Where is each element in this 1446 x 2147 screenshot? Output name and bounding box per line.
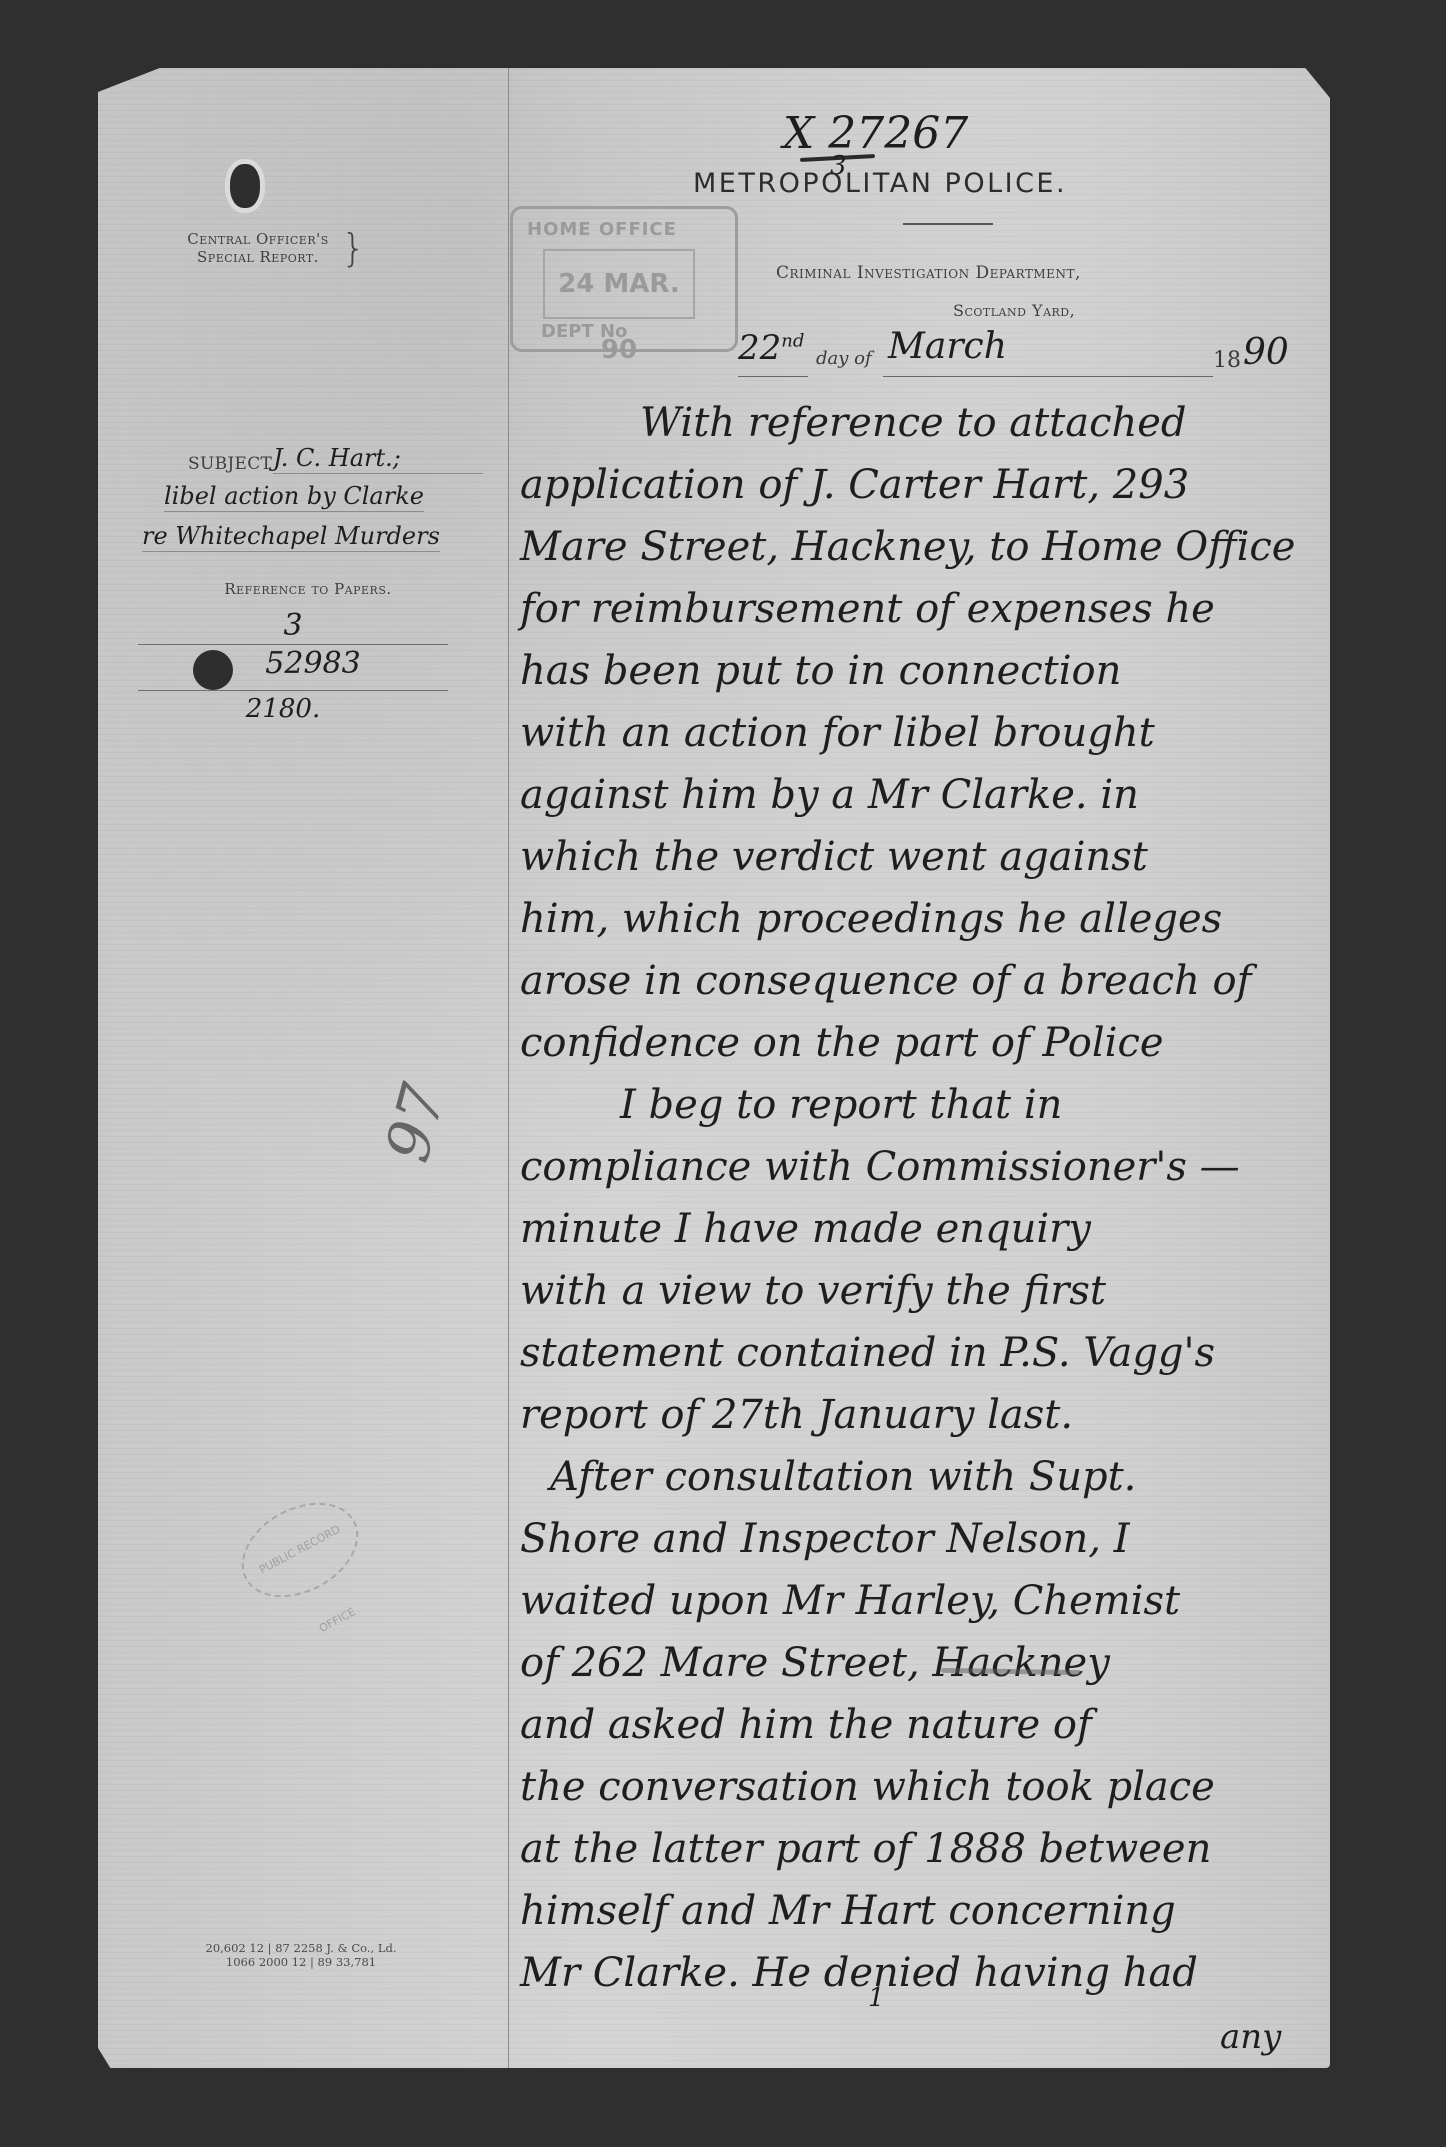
- body-line: the conversation which took place: [520, 1762, 1215, 1812]
- body-line: arose in consequence of a breach of: [520, 956, 1251, 1006]
- punch-hole-top: [230, 164, 260, 208]
- body-line: Mare Street, Hackney, to Home Office: [520, 522, 1295, 572]
- imprint-line-1: 20,602 12 | 87 2258 J. & Co., Ld.: [186, 1941, 416, 1955]
- body-line: Shore and Inspector Nelson, I: [520, 1514, 1130, 1564]
- imprint-line-2: 1066 2000 12 | 89 33,781: [186, 1955, 416, 1969]
- reference-rule-1: [138, 644, 448, 645]
- date-month-rule: [883, 376, 1213, 377]
- body-line: I beg to report that in: [620, 1080, 1062, 1130]
- department-name: Criminal Investigation Department,: [776, 263, 1081, 283]
- stamp-date: 24 MAR. 90: [543, 249, 695, 319]
- report-date: 22nd day of March 18 90: [738, 336, 1338, 376]
- body-line: with an action for libel brought: [520, 708, 1155, 758]
- margin-annotation: 97: [372, 1077, 459, 1169]
- public-record-office-stamp: PUBLIC RECORD OFFICE: [226, 1484, 375, 1616]
- date-year-printed: 18: [1213, 348, 1241, 373]
- home-office-received-stamp: HOME OFFICE 24 MAR. 90 DEPT No: [510, 206, 738, 352]
- body-line: With reference to attached: [640, 398, 1187, 448]
- date-year-written: 90: [1243, 332, 1289, 373]
- body-line: waited upon Mr Harley, Chemist: [520, 1576, 1180, 1626]
- subject-label: SUBJECT: [188, 454, 272, 474]
- body-line: minute I have made enquiry: [520, 1204, 1091, 1254]
- location-name: Scotland Yard,: [953, 301, 1075, 320]
- subject-line-3: re Whitechapel Murders: [142, 522, 440, 552]
- stamp-bottom-text: DEPT No: [541, 321, 627, 342]
- body-line: himself and Mr Hart concerning: [520, 1886, 1176, 1936]
- body-line: compliance with Commissioner's —: [520, 1142, 1240, 1192]
- body-line: him, which proceedings he alleges: [520, 894, 1222, 944]
- body-line: has been put to in connection: [520, 646, 1121, 696]
- reference-to-papers-label: Reference to Papers.: [178, 580, 438, 598]
- body-line: After consultation with Supt.: [550, 1452, 1136, 1502]
- body-line: application of J. Carter Hart, 293: [520, 460, 1189, 510]
- body-line: with a view to verify the first: [520, 1266, 1106, 1316]
- organisation-title: METROPOLITAN POLICE.: [693, 168, 1067, 199]
- subject-line-2: libel action by Clarke: [164, 482, 424, 512]
- body-line: and asked him the nature of: [520, 1700, 1092, 1750]
- body-line: statement contained in P.S. Vagg's: [520, 1328, 1215, 1378]
- body-line: against him by a Mr Clarke. in: [520, 770, 1139, 820]
- date-day-of-label: day of: [816, 348, 872, 369]
- body-line-catchword: any: [1220, 2012, 1281, 2062]
- body-line: which the verdict went against: [520, 832, 1148, 882]
- reference-rule-2: [138, 690, 448, 691]
- printer-imprint: 20,602 12 | 87 2258 J. & Co., Ld. 1066 2…: [186, 1941, 416, 1969]
- body-line: at the latter part of 1888 between: [520, 1824, 1211, 1874]
- reference-bottom: 2180.: [128, 694, 438, 724]
- date-day: 22nd: [738, 328, 804, 368]
- title-rule: [903, 223, 993, 225]
- form-type-line1: Central Officer's: [148, 230, 368, 248]
- body-line: of 262 Mare Street, Hackney: [520, 1638, 1110, 1688]
- document-page: X 27267 3 Central Officer's Special Repo…: [98, 68, 1330, 2068]
- subject-line-1: J. C. Hart.;: [273, 444, 483, 474]
- archive-reference: X 27267: [783, 108, 968, 159]
- body-line: for reimbursement of expenses he: [520, 584, 1215, 634]
- body-line: confidence on the part of Police: [520, 1018, 1164, 1068]
- date-month: March: [888, 326, 1007, 367]
- page-mark: 1: [868, 1983, 885, 2013]
- body-line: Mr Clarke. He denied having had: [520, 1948, 1198, 1998]
- margin-divider-rule: [508, 68, 509, 2068]
- brace-glyph: }: [341, 230, 366, 266]
- date-day-rule: [738, 376, 808, 377]
- body-line: report of 27th January last.: [520, 1390, 1073, 1440]
- stamp-top-text: HOME OFFICE: [527, 219, 677, 240]
- form-type-line2: Special Report.: [148, 248, 368, 266]
- reference-top: 3: [138, 608, 448, 643]
- form-type-heading: Central Officer's Special Report. }: [148, 230, 368, 266]
- reference-middle: 52983: [158, 646, 468, 681]
